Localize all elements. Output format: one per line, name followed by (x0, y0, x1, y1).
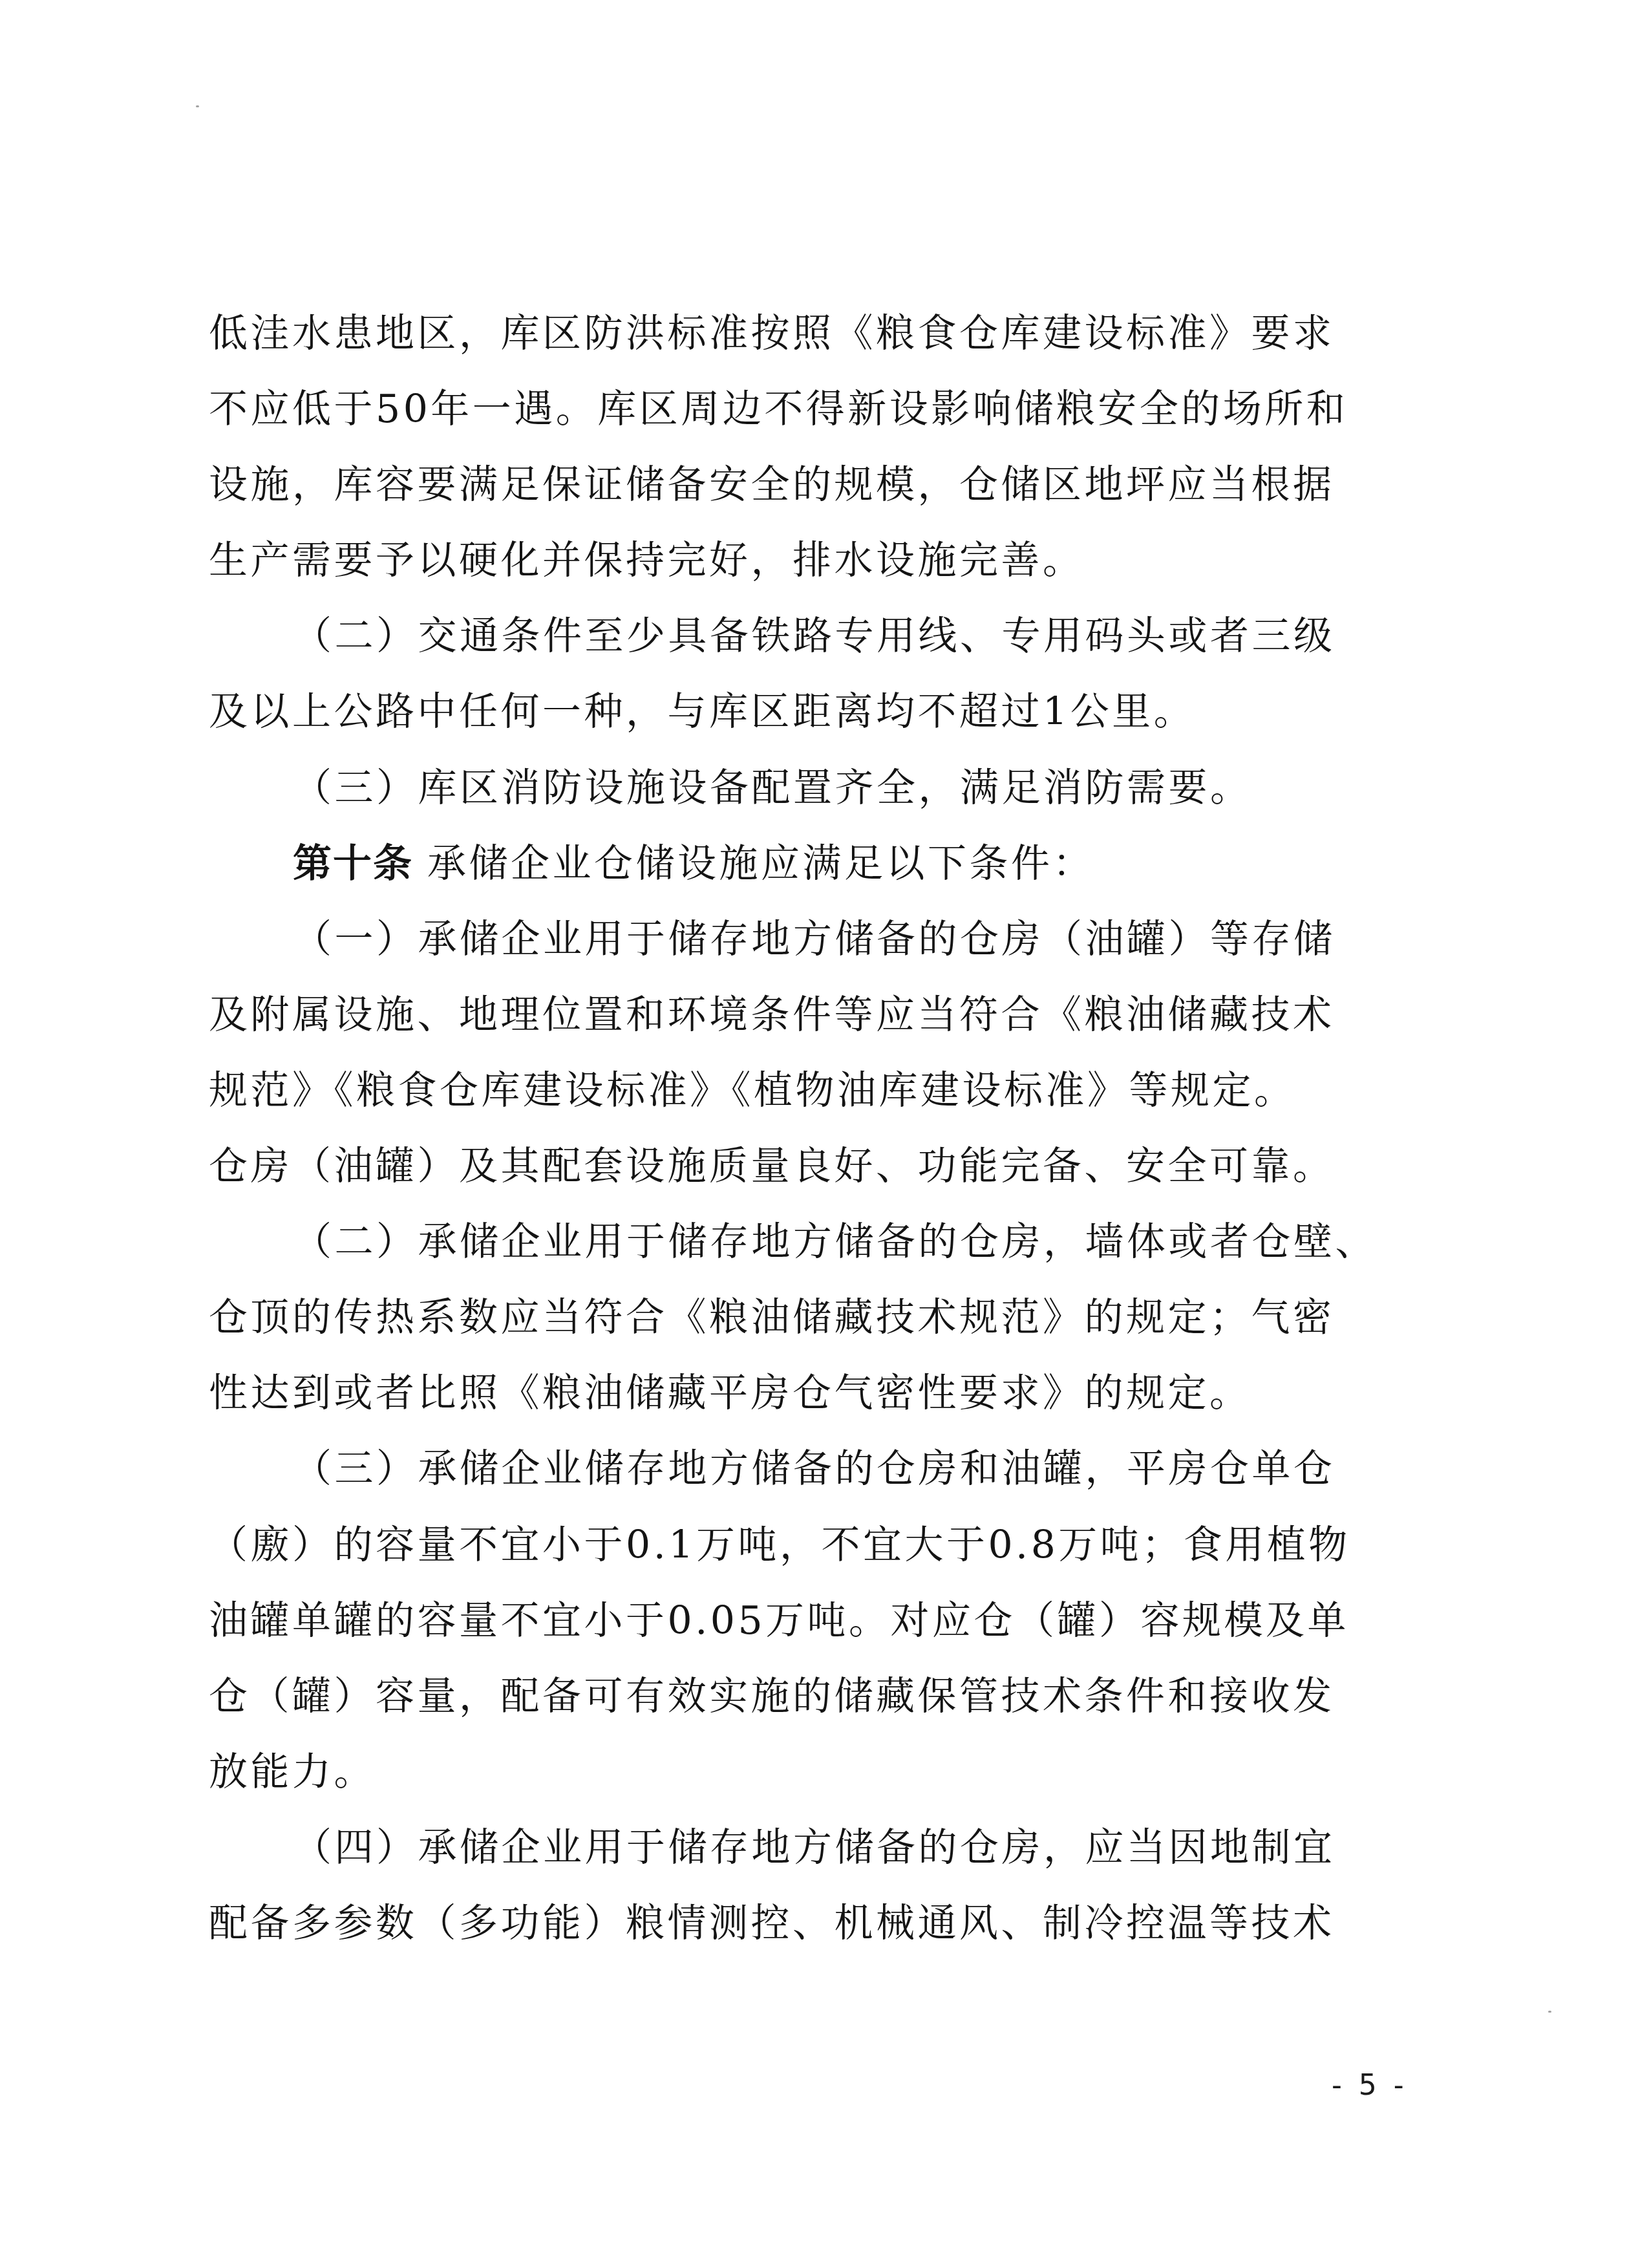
text-line-paragraph-start: （二）交通条件至少具备铁路专用线、专用码头或者三级 (209, 599, 1385, 674)
text-line: 低洼水患地区，库区防洪标准按照《粮食仓库建设标准》要求 (209, 296, 1385, 372)
scan-speck (196, 105, 199, 107)
text-line: （廒）的容量不宜小于0.1万吨，不宜大于0.8万吨；食用植物 (209, 1508, 1385, 1583)
text-line: 性达到或者比照《粮油储藏平房仓气密性要求》的规定。 (209, 1356, 1385, 1431)
text-line-paragraph-start: （三）库区消防设施设备配置齐全，满足消防需要。 (209, 751, 1385, 826)
text-line-paragraph-start: （四）承储企业用于储存地方储备的仓房，应当因地制宜 (209, 1810, 1385, 1886)
text-line: 规范》《粮食仓库建设标准》《植物油库建设标准》等规定。 (209, 1053, 1385, 1129)
text-line: 放能力。 (209, 1735, 1385, 1810)
text-line-paragraph-start: （二）承储企业用于储存地方储备的仓房，墙体或者仓壁、 (209, 1204, 1385, 1280)
page-number: - 5 - (1332, 2069, 1408, 2102)
article-ten-heading-line: 第十条承储企业仓储设施应满足以下条件： (209, 826, 1385, 902)
text-line: 及以上公路中任何一种，与库区距离均不超过1公里。 (209, 674, 1385, 750)
scan-speck (1548, 2011, 1551, 2013)
text-line-paragraph-start: （三）承储企业储存地方储备的仓房和油罐，平房仓单仓 (209, 1431, 1385, 1507)
text-line: 配备多参数（多功能）粮情测控、机械通风、制冷控温等技术 (209, 1886, 1385, 1962)
text-line: 设施，库容要满足保证储备安全的规模，仓储区地坪应当根据 (209, 447, 1385, 523)
text-line: 生产需要予以硬化并保持完好，排水设施完善。 (209, 523, 1385, 599)
document-page: 低洼水患地区，库区防洪标准按照《粮食仓库建设标准》要求 不应低于50年一遇。库区… (0, 0, 1649, 2268)
article-label: 第十条 (293, 841, 413, 886)
body-text: 低洼水患地区，库区防洪标准按照《粮食仓库建设标准》要求 不应低于50年一遇。库区… (209, 296, 1385, 1962)
text-line: 及附属设施、地理位置和环境条件等应当符合《粮油储藏技术 (209, 978, 1385, 1053)
text-line: 仓房（油罐）及其配套设施质量良好、功能完备、安全可靠。 (209, 1129, 1385, 1204)
text-line: 不应低于50年一遇。库区周边不得新设影响储粮安全的场所和 (209, 372, 1385, 447)
article-text: 承储企业仓储设施应满足以下条件： (427, 841, 1094, 886)
text-line: 仓（罐）容量，配备可有效实施的储藏保管技术条件和接收发 (209, 1659, 1385, 1735)
text-line: 油罐单罐的容量不宜小于0.05万吨。对应仓（罐）容规模及单 (209, 1583, 1385, 1659)
text-line-paragraph-start: （一）承储企业用于储存地方储备的仓房（油罐）等存储 (209, 902, 1385, 978)
text-line: 仓顶的传热系数应当符合《粮油储藏技术规范》的规定；气密 (209, 1280, 1385, 1356)
